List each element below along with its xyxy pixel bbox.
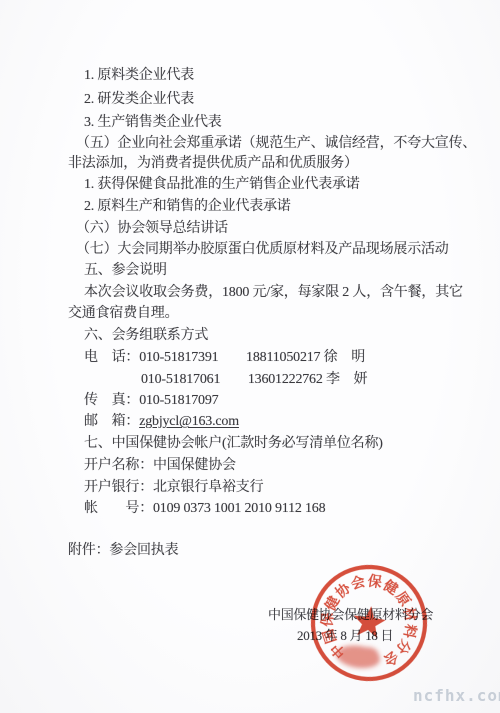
doc-line: 1. 获得保健食品批准的生产销售企业代表承诺	[84, 173, 360, 193]
scanned-document-page: 1. 原料类企业代表 2. 研发类企业代表 3. 生产销售类企业代表 （五）企业…	[0, 0, 500, 713]
seal-icon: 中国保健协会保健原材料分会	[298, 552, 440, 694]
watermark: ncfhx.com	[413, 686, 500, 705]
svg-text:会: 会	[349, 573, 367, 593]
doc-line: 1. 原料类企业代表	[84, 64, 194, 84]
doc-line: 交通食宿费自理。	[68, 302, 178, 322]
doc-section-heading: 六、会务组联系方式	[84, 324, 208, 344]
attachment-note: 附件：参会回执表	[68, 539, 178, 559]
doc-line: （五）企业向社会郑重承诺（规范生产、诚信经营，不夸大宣传、	[76, 132, 476, 152]
official-seal-stamp: 中国保健协会保健原材料分会	[298, 552, 440, 694]
doc-line: 2. 原料生产和销售的企业代表承诺	[84, 195, 291, 215]
account-number-line: 帐 号：0109 0373 1001 2010 9112 168	[84, 497, 325, 517]
doc-section-heading: 五、参会说明	[84, 259, 167, 279]
doc-line: 本次会议收取会务费，1800 元/家，每家限 2 人，含午餐，其它	[84, 281, 463, 301]
doc-line: （七）大会同期举办胶原蛋白优质原材料及产品现场展示活动	[76, 238, 449, 258]
seal-star-icon	[351, 604, 387, 639]
fax-line: 传 真：010-51817097	[84, 389, 218, 409]
bank-line: 开户银行：北京银行阜裕支行	[84, 476, 263, 496]
doc-line: 3. 生产销售类企业代表	[84, 111, 222, 131]
email-line: 邮 箱：zgbjycl@163.com	[84, 410, 239, 430]
svg-text:材: 材	[400, 606, 420, 623]
account-name-line: 开户名称：中国保健协会	[84, 454, 236, 474]
email-label: 邮 箱：	[84, 414, 139, 429]
phone-line: 电 话：010-51817391 18811050217 徐 明	[84, 346, 365, 366]
doc-line: 2. 研发类企业代表	[84, 88, 194, 108]
doc-line: 非法添加，为消费者提供优质产品和优质服务）	[68, 152, 358, 172]
phone-line: 010-51817061 13601222762 李 妍	[141, 368, 367, 388]
svg-text:保: 保	[319, 612, 337, 627]
doc-line: （六）协会领导总结讲话	[76, 217, 228, 237]
svg-text:保: 保	[367, 573, 383, 592]
doc-section-heading: 七、中国保健协会帐户(汇款时务必写清单位名称)	[84, 432, 383, 452]
email-address: zgbjycl@163.com	[139, 414, 239, 429]
